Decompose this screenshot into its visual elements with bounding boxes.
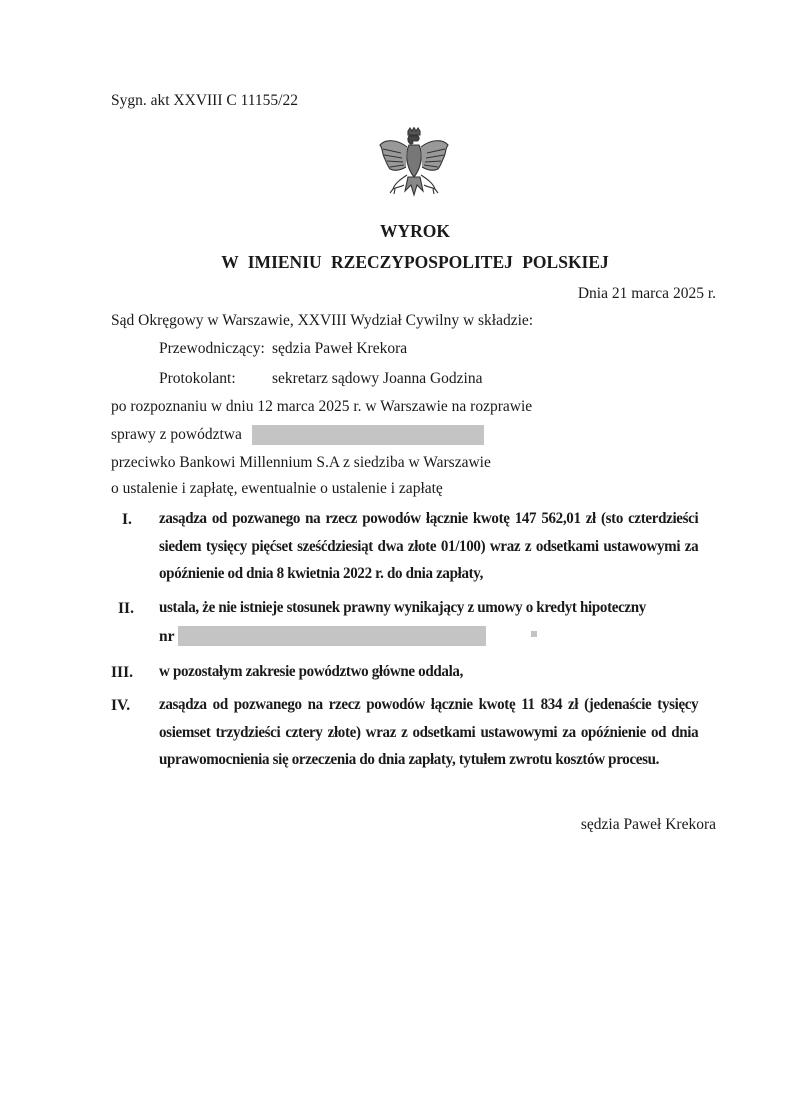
defendant-info: przeciwko Bankowi Millennium S.A z siedz… (111, 454, 491, 472)
presiding-judge-label: Przewodniczący: (159, 340, 265, 358)
redacted-plaintiff (252, 425, 484, 445)
judge-signature: sędzia Paweł Krekora (581, 816, 716, 834)
presiding-judge-value: sędzia Paweł Krekora (272, 340, 407, 358)
judgment-title: WYROK (0, 221, 793, 242)
judgment-item-text: zasądza od pozwanego na rzecz powodów łą… (159, 505, 698, 588)
judgment-item-text: ustala, że nie istnieje stosunek prawny … (159, 594, 698, 622)
judgment-subtitle: W IMIENIU RZECZYPOSPOLITEJ POLSKIEJ (0, 252, 793, 273)
item-number: I. (122, 511, 132, 529)
case-signature: Sygn. akt XXVIII C 11155/22 (111, 92, 298, 110)
contract-number-prefix: nr (159, 628, 175, 646)
judgment-date: Dnia 21 marca 2025 r. (578, 285, 716, 303)
clerk-label: Protokolant: (159, 370, 236, 388)
plaintiff-prefix: sprawy z powództwa (111, 426, 242, 444)
redacted-contract-number (178, 626, 486, 646)
item-number: II. (118, 600, 134, 618)
item-number: IV. (111, 697, 130, 715)
court-composition: Sąd Okręgowy w Warszawie, XXVIII Wydział… (111, 312, 533, 330)
case-subject: o ustalenie i zapłatę, ewentualnie o ust… (111, 480, 443, 498)
redacted-mark (531, 631, 537, 637)
judgment-item-text: w pozostałym zakresie powództwo główne o… (159, 658, 698, 686)
item-number: III. (111, 664, 133, 682)
clerk-value: sekretarz sądowy Joanna Godzina (272, 370, 482, 388)
polish-eagle-emblem-icon (377, 127, 451, 203)
hearing-info: po rozpoznaniu w dniu 12 marca 2025 r. w… (111, 398, 532, 416)
judgment-item-text: zasądza od pozwanego na rzecz powodów łą… (159, 691, 698, 774)
